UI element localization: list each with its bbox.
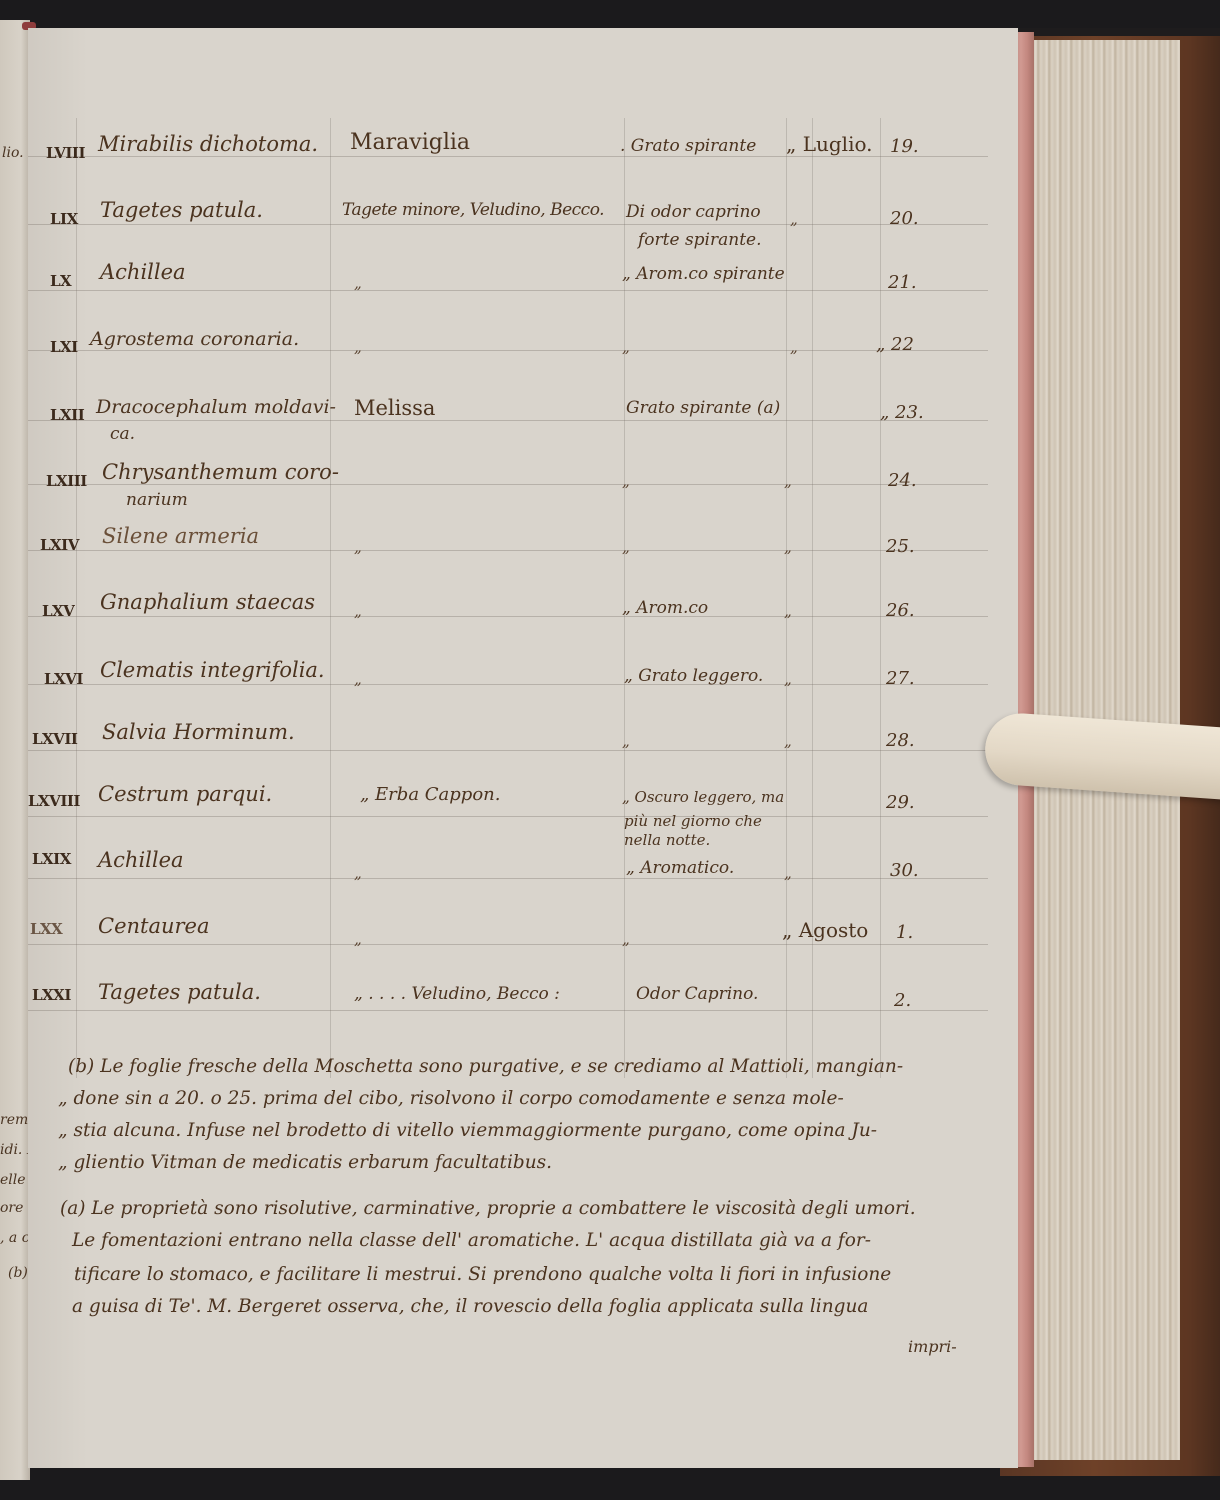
latin-name-cont: ca. — [110, 424, 135, 444]
day: 19. — [890, 136, 919, 157]
day: 24. — [888, 470, 917, 491]
left-page-edge: lio. remun idi. L elle f ore e p , a cal… — [0, 20, 30, 1480]
latin-name: Agrostema coronaria. — [90, 328, 299, 350]
footnote-a-line: a guisa di Te'. M. Bergeret osserva, che… — [72, 1292, 868, 1321]
ditto-mark: „ — [354, 930, 362, 948]
odor-description: . Grato spirante — [620, 136, 756, 156]
common-name: „ . . . . Veludino, Becco : — [354, 984, 560, 1004]
latin-name: Dracocephalum moldavi- — [96, 396, 336, 418]
month: „ Agosto — [782, 918, 868, 942]
latin-name: Cestrum parqui. — [98, 782, 272, 806]
day: 21. — [888, 272, 917, 293]
ditto-mark: „ — [354, 602, 362, 620]
common-name: Tagete minore, Veludino, Becco. — [342, 200, 604, 220]
footnote-b-line: „ stia alcuna. Infuse nel brodetto di vi… — [58, 1116, 877, 1145]
entry-number: LXVI — [44, 670, 83, 688]
ditto-mark: „ — [622, 472, 630, 490]
odor-description: Odor Caprino. — [636, 984, 758, 1004]
ditto-mark: „ — [354, 274, 362, 292]
ditto-mark: „ — [622, 338, 630, 356]
ditto-mark: „ — [622, 930, 630, 948]
odor-description: „ Grato leggero. — [624, 666, 763, 686]
day: 29. — [886, 792, 915, 813]
ditto-mark: „ — [784, 670, 792, 688]
footnote-b-line: (b) Le foglie fresche della Moschetta so… — [68, 1052, 903, 1081]
latin-name-cont: narium — [126, 490, 188, 510]
manuscript-page: LVIII Mirabilis dichotoma. Maraviglia . … — [28, 28, 1018, 1468]
latin-name: Achillea — [100, 260, 186, 284]
ditto-mark: „ — [784, 732, 792, 750]
ditto-mark: „ — [790, 210, 798, 228]
entry-number: LXII — [50, 406, 84, 424]
entry-number: LXX — [30, 920, 62, 938]
footnote-a-line: (a) Le proprietà sono risolutive, carmin… — [60, 1194, 916, 1223]
latin-name: Tagetes patula. — [100, 198, 263, 222]
latin-name: Clematis integrifolia. — [100, 658, 325, 682]
latin-name: Gnaphalium staecas — [100, 590, 315, 614]
margin-fragment: (b) — [8, 1265, 28, 1281]
footnote-b-line: „ done sin a 20. o 25. prima del cibo, r… — [58, 1084, 844, 1113]
entry-number: LIX — [50, 210, 78, 228]
day: 2. — [894, 990, 911, 1011]
common-name: Maraviglia — [350, 130, 470, 155]
odor-description: Grato spirante (a) — [626, 398, 780, 418]
day: 30. — [890, 860, 919, 881]
ditto-mark: „ — [790, 338, 798, 356]
ditto-mark: „ — [354, 538, 362, 556]
latin-name: Silene armeria — [102, 524, 259, 548]
day: 20. — [890, 208, 919, 229]
latin-name: Tagetes patula. — [98, 980, 261, 1004]
odor-description-cont: più nel giorno che nella notte. — [624, 812, 762, 850]
odor-description: „ Oscuro leggero, ma — [622, 788, 784, 806]
day: 26. — [886, 600, 915, 621]
ditto-mark: „ — [354, 338, 362, 356]
latin-name: Chrysanthemum coro- — [102, 460, 339, 484]
ditto-mark: „ — [622, 732, 630, 750]
latin-name: Centaurea — [98, 914, 210, 938]
catchword: impri- — [908, 1332, 957, 1361]
entry-number: LXI — [50, 338, 78, 356]
common-name: Melissa — [354, 396, 435, 420]
entry-number: LXIV — [40, 536, 79, 554]
ditto-mark: „ — [784, 472, 792, 490]
background-top — [0, 0, 1220, 28]
entry-number: LXIII — [46, 472, 87, 490]
odor-description: „ Arom.co spirante — [622, 264, 785, 284]
ditto-mark: „ — [784, 538, 792, 556]
footnote-a-line: tificare lo stomaco, e facilitare li mes… — [74, 1260, 891, 1289]
month: „ Luglio. — [786, 132, 873, 156]
odor-description: „ Aromatico. — [626, 858, 734, 878]
margin-fragment: lio. — [2, 145, 24, 161]
ditto-mark: „ — [784, 602, 792, 620]
footnote-b-line: „ glientio Vitman de medicatis erbarum f… — [58, 1148, 552, 1177]
entry-number: LVIII — [46, 144, 85, 162]
latin-name: Salvia Horminum. — [102, 720, 295, 744]
day: 28. — [886, 730, 915, 751]
entry-number: LXXI — [32, 986, 71, 1004]
latin-name: Mirabilis dichotoma. — [98, 132, 318, 156]
latin-name: Achillea — [98, 848, 184, 872]
common-name: „ Erba Cappon. — [360, 784, 500, 805]
entry-number: LXVIII — [28, 792, 80, 810]
entry-number: LXIX — [32, 850, 71, 868]
day: 27. — [886, 668, 915, 689]
footnote-a-line: Le fomentazioni entrano nella classe del… — [72, 1226, 871, 1255]
day: 25. — [886, 536, 915, 557]
entry-number: LXV — [42, 602, 74, 620]
ditto-mark: „ — [354, 670, 362, 688]
entry-number: LXVII — [32, 730, 77, 748]
odor-description-cont: forte spirante. — [638, 230, 762, 250]
ditto-mark: „ — [784, 864, 792, 882]
ditto-mark: „ — [354, 864, 362, 882]
odor-description: Di odor caprino — [626, 202, 761, 222]
odor-description: „ Arom.co — [622, 598, 708, 618]
ditto-mark: „ — [622, 538, 630, 556]
day: 1. — [896, 922, 913, 943]
day: „ 22 — [876, 334, 914, 355]
day: „ 23. — [880, 402, 924, 423]
entry-number: LX — [50, 272, 71, 290]
